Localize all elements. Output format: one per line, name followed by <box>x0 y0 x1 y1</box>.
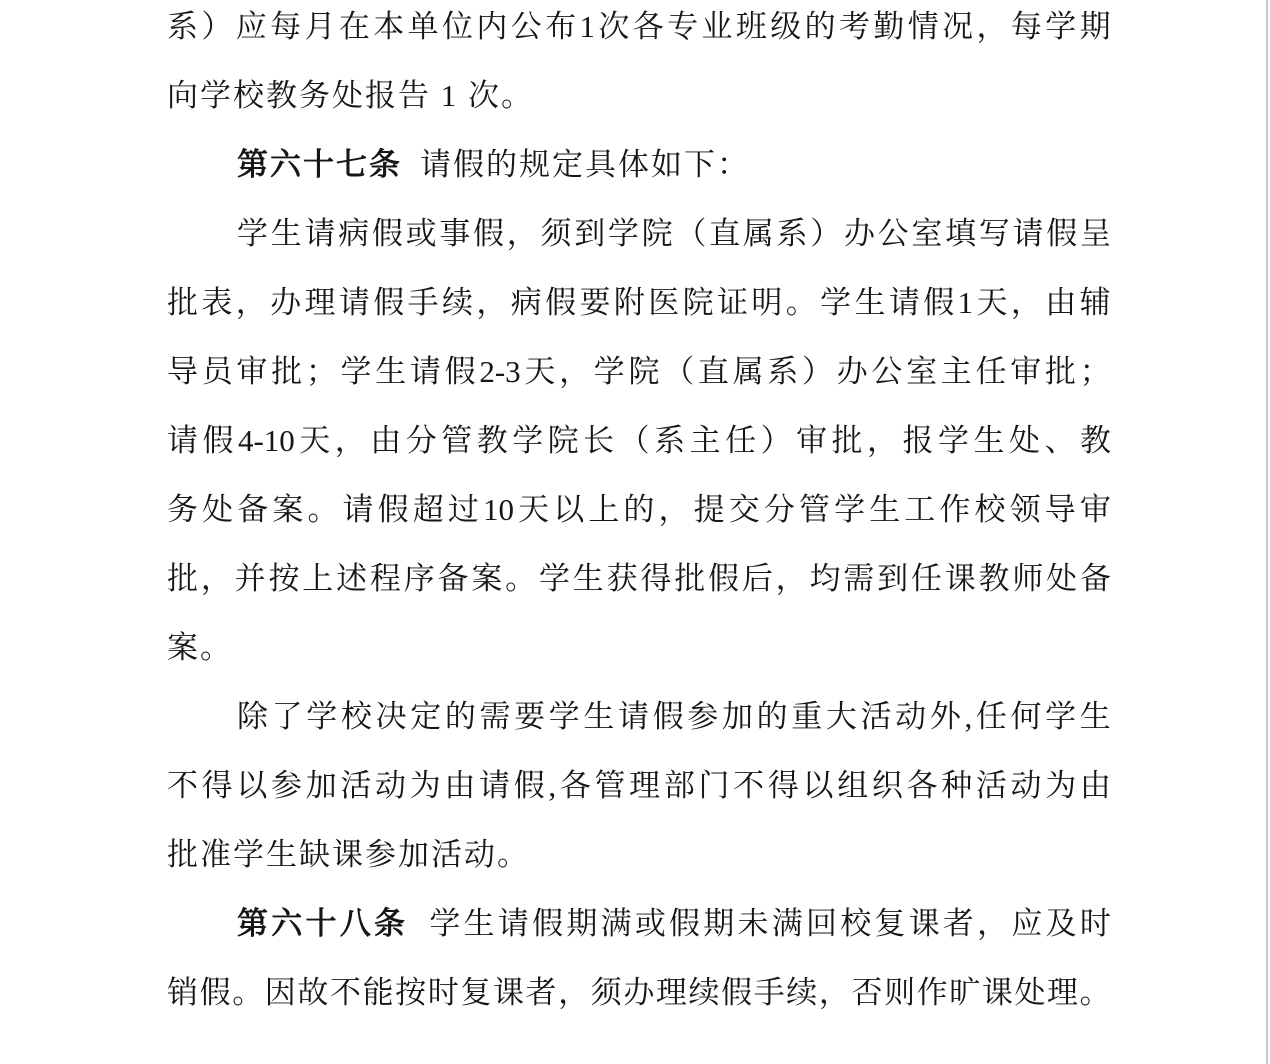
text-token: ， <box>236 268 267 337</box>
text-token: 内 <box>476 0 507 61</box>
text-token: 手 <box>408 268 439 337</box>
text-token: 批 <box>674 544 705 613</box>
scan-edge-artifact <box>1266 0 1268 1064</box>
text-token: 办 <box>844 199 875 268</box>
text-token: 管 <box>594 751 625 820</box>
text-token: 次 <box>598 0 629 61</box>
text-token: 事 <box>439 199 470 268</box>
text-token: 室 <box>911 199 942 268</box>
text-token: 满 <box>601 889 632 958</box>
text-token: 理 <box>1047 958 1078 1027</box>
text-token: 理 <box>656 958 687 1027</box>
text-token: 辅 <box>1080 268 1111 337</box>
text-token: 理 <box>305 268 336 337</box>
text-token: 不 <box>733 751 764 820</box>
text-token: 或 <box>406 199 437 268</box>
text-token: 学 <box>834 475 865 544</box>
text-token: 并 <box>235 544 266 613</box>
text-token: 学 <box>237 199 268 268</box>
text-token: 请 <box>343 475 374 544</box>
text-token: 校 <box>341 682 372 751</box>
article-number-label: 第六十七条 <box>237 147 402 182</box>
text-token: 活 <box>976 751 1007 820</box>
text-token: 假 <box>200 958 231 1027</box>
text-token: 须 <box>540 199 571 268</box>
text-token: 按 <box>268 544 299 613</box>
text-token: 何 <box>1010 682 1041 751</box>
text-token: 由 <box>444 751 475 820</box>
text-token: 由 <box>1045 268 1076 337</box>
text-token: 2-3 <box>479 337 520 406</box>
text-token: 属 <box>733 337 764 406</box>
text-token: 到 <box>877 544 908 613</box>
text-token: 要 <box>580 268 611 337</box>
text-token: ， <box>977 889 1008 958</box>
text-token: ， <box>977 0 1008 61</box>
text-token: 天 <box>524 337 555 406</box>
text-token: 教 <box>477 406 508 475</box>
text-token: 办 <box>837 337 868 406</box>
text-token: ， <box>335 406 366 475</box>
text-token: 须 <box>591 958 622 1027</box>
text-token: 故 <box>297 958 328 1027</box>
text-token: 外 <box>930 682 961 751</box>
text-token: 大 <box>826 682 857 751</box>
text-token: 公 <box>878 199 909 268</box>
text-token: 附 <box>614 268 645 337</box>
text-token: 由 <box>1080 751 1111 820</box>
text-token: 得 <box>768 751 799 820</box>
text-token: 写 <box>979 199 1010 268</box>
text-token: 办 <box>270 268 301 337</box>
text-token: 的 <box>757 682 788 751</box>
text-token: 管 <box>441 406 472 475</box>
text-token: 学 <box>608 199 639 268</box>
text-token: ， <box>819 958 850 1027</box>
text-token: 复 <box>874 889 905 958</box>
text-token: 应 <box>1011 889 1042 958</box>
text-token: 述 <box>336 544 367 613</box>
text-token: ， <box>507 199 538 268</box>
text-token: 假 <box>372 199 403 268</box>
text-token: 动 <box>375 751 406 820</box>
text-segment: 向学校教务处报告 1 次。 <box>167 78 534 113</box>
text-line: 批准学生缺课参加活动。 <box>167 820 1111 889</box>
text-token: 况 <box>942 0 973 61</box>
text-token: 院 <box>628 337 659 406</box>
text-token: 为 <box>410 751 441 820</box>
text-token: 假 <box>669 889 700 958</box>
text-token: 每 <box>270 0 301 61</box>
text-token: 学 <box>594 337 625 406</box>
text-token: 参 <box>687 682 718 751</box>
text-token: 得 <box>202 751 233 820</box>
text-token: 均 <box>809 544 840 613</box>
text-token: 任 <box>725 406 756 475</box>
text-token: ， <box>776 544 807 613</box>
text-token: 生 <box>583 682 614 751</box>
text-token: 满 <box>772 889 803 958</box>
text-token: 十 <box>305 889 336 958</box>
text-token: 生 <box>855 268 886 337</box>
text-token: 按 <box>395 958 426 1027</box>
text-token: 各 <box>560 751 591 820</box>
text-token: 教 <box>979 544 1010 613</box>
text-token: 不 <box>330 958 361 1027</box>
text-token: 批 <box>167 268 198 337</box>
text-token: 因 <box>265 958 296 1027</box>
text-token: 单 <box>408 0 439 61</box>
text-token: 要 <box>514 682 545 751</box>
text-token: 主 <box>690 406 721 475</box>
text-token: 生 <box>271 199 302 268</box>
text-token: 由 <box>370 406 401 475</box>
text-token: 处 <box>202 475 233 544</box>
text-token: 师 <box>1012 544 1043 613</box>
text-token: 导 <box>1045 475 1076 544</box>
text-token: 假 <box>653 682 684 751</box>
text-token: 部 <box>664 751 695 820</box>
text-token: 条 <box>374 889 405 958</box>
text-token: 过 <box>448 475 479 544</box>
text-token: 课 <box>945 544 976 613</box>
text-token: ） <box>810 199 841 268</box>
text-token: 请 <box>339 268 370 337</box>
text-token: 假 <box>708 544 739 613</box>
text-token: 办 <box>623 958 654 1027</box>
text-token: （ <box>675 199 706 268</box>
text-token: 本 <box>373 0 404 61</box>
text-token: 的 <box>623 475 654 544</box>
text-token: 时 <box>1080 889 1111 958</box>
text-line: 案。 <box>167 613 1111 682</box>
text-token: 审 <box>1080 475 1111 544</box>
text-token: 分 <box>764 475 795 544</box>
text-token: 作 <box>917 958 948 1027</box>
text-token: 。 <box>232 958 263 1027</box>
text-token: 生 <box>1080 682 1111 751</box>
text-token: 学 <box>306 682 337 751</box>
text-token: 批 <box>167 544 198 613</box>
text-token: 备 <box>1080 544 1111 613</box>
text-token: 明 <box>751 268 782 337</box>
text-token: 了 <box>272 682 303 751</box>
text-token: 加 <box>306 751 337 820</box>
text-token: , <box>548 751 556 820</box>
text-token: 请 <box>889 268 920 337</box>
text-token: 医 <box>648 268 679 337</box>
text-token: 学 <box>1045 0 1076 61</box>
text-token: 提 <box>694 475 725 544</box>
text-segment: 批准学生缺课参加活动。 <box>167 837 530 872</box>
text-token: 生 <box>973 406 1004 475</box>
text-token: 任 <box>911 544 942 613</box>
text-token: 1 <box>580 0 596 61</box>
text-line: 批，并按上述程序备案。学生获得批假后，均需到任课教师处备 <box>167 544 1111 613</box>
text-line: 向学校教务处报告 1 次。 <box>167 61 1111 130</box>
text-token: 定 <box>410 682 441 751</box>
text-token: 工 <box>904 475 935 544</box>
text-token: 备 <box>237 475 268 544</box>
text-token: 位 <box>442 0 473 61</box>
text-token: 布 <box>545 0 576 61</box>
text-token: 系 <box>767 337 798 406</box>
text-token: 学 <box>429 889 460 958</box>
text-token: 课 <box>909 889 940 958</box>
text-token: （ <box>663 337 694 406</box>
text-token: 假 <box>532 889 563 958</box>
text-token: 的 <box>445 682 476 751</box>
text-token: 、 <box>1044 406 1075 475</box>
text-token: 批 <box>271 337 302 406</box>
text-line: 第六十八条学生请假期满或假期未满回校复课者，应及时 <box>167 889 1111 958</box>
text-token: 旷 <box>949 958 980 1027</box>
text-token: 活 <box>861 682 892 751</box>
text-token: 需 <box>479 682 510 751</box>
text-token: 院 <box>548 406 579 475</box>
text-token: 织 <box>872 751 903 820</box>
text-token: 班 <box>736 0 767 61</box>
text-token: 天 <box>977 268 1008 337</box>
text-token: 动 <box>1011 751 1042 820</box>
text-token: 生 <box>375 337 406 406</box>
text-token: 销 <box>167 958 198 1027</box>
text-token: 后 <box>742 544 773 613</box>
text-token: 假 <box>514 751 545 820</box>
text-token: 处 <box>1014 958 1045 1027</box>
text-token: 主 <box>941 337 972 406</box>
text-token: 续 <box>442 268 473 337</box>
text-token: 勤 <box>873 0 904 61</box>
text-token: 交 <box>729 475 760 544</box>
text-token: 员 <box>202 337 233 406</box>
text-token: 病 <box>338 199 369 268</box>
text-token: 期 <box>703 889 734 958</box>
text-token: 10 <box>483 475 514 544</box>
text-token: 室 <box>906 337 937 406</box>
text-token: 学 <box>549 682 580 751</box>
text-token: 加 <box>722 682 753 751</box>
text-line: 除了学校决定的需要学生请假参加的重大活动外,任何学生 <box>167 682 1111 751</box>
text-token: ， <box>659 475 690 544</box>
text-token: 否 <box>851 958 882 1027</box>
text-token: 分 <box>406 406 437 475</box>
text-token: 获 <box>607 544 638 613</box>
text-token: 手 <box>754 958 785 1027</box>
text-token: ， <box>201 544 232 613</box>
text-token: 每 <box>1011 0 1042 61</box>
text-token: 作 <box>939 475 970 544</box>
text-token: 请 <box>304 199 335 268</box>
text-token: 公 <box>511 0 542 61</box>
text-token: 复 <box>460 958 491 1027</box>
text-token: 请 <box>479 751 510 820</box>
text-token: 参 <box>271 751 302 820</box>
text-line: 销假。因故不能按时复课者，须办理续假手续，否则作旷课处理。 <box>167 958 1111 1027</box>
text-token: 续 <box>786 958 817 1027</box>
text-token: 假 <box>721 958 752 1027</box>
text-token: 课 <box>493 958 524 1027</box>
text-token: 时 <box>428 958 459 1027</box>
text-token: 能 <box>363 958 394 1027</box>
text-token: 证 <box>717 268 748 337</box>
text-token: ； <box>306 337 337 406</box>
text-token: 病 <box>511 268 542 337</box>
text-token: 1 <box>958 268 974 337</box>
text-token: 审 <box>236 337 267 406</box>
text-line: 第六十七条请假的规定具体如下： <box>167 130 1111 199</box>
text-token: 公 <box>871 337 902 406</box>
text-token: 学 <box>539 544 570 613</box>
text-token: 案 <box>471 544 502 613</box>
text-token: 上 <box>588 475 619 544</box>
text-token: 的 <box>805 0 836 61</box>
text-token: 各 <box>633 0 664 61</box>
text-token: 需 <box>843 544 874 613</box>
text-token: ） <box>802 337 833 406</box>
text-token: 以 <box>553 475 584 544</box>
text-token: 院 <box>683 268 714 337</box>
text-token: ， <box>558 958 589 1027</box>
text-token: 为 <box>1045 751 1076 820</box>
text-token: 序 <box>404 544 435 613</box>
text-token: 回 <box>806 889 837 958</box>
text-line: 导员审批；学生请假2-3天，学院（直属系）办公室主任审批； <box>167 337 1111 406</box>
text-token: 超 <box>413 475 444 544</box>
text-token: 填 <box>945 199 976 268</box>
text-token: 系 <box>167 0 198 61</box>
text-token: 考 <box>839 0 870 61</box>
text-token: ， <box>476 268 507 337</box>
text-token: 批 <box>1045 337 1076 406</box>
text-segment: 案。 <box>167 630 233 665</box>
text-token: 系 <box>777 199 808 268</box>
text-token: 各 <box>907 751 938 820</box>
text-token: 续 <box>689 958 720 1027</box>
scanned-document-page: 系）应每月在本单位内公布1次各专业班级的考勤情况，每学期向学校教务处报告 1 次… <box>0 0 1270 1064</box>
text-token: 门 <box>699 751 730 820</box>
text-token: 者 <box>526 958 557 1027</box>
text-token: 院 <box>642 199 673 268</box>
text-line: 务处备案。请假超过10天以上的，提交分管学生工作校领导审 <box>167 475 1111 544</box>
text-token: ） <box>761 406 792 475</box>
text-token: 天 <box>299 406 330 475</box>
text-token: 或 <box>635 889 666 958</box>
text-token: 直 <box>698 337 729 406</box>
text-token: 假 <box>378 475 409 544</box>
text-token: 系 <box>654 406 685 475</box>
text-line: 系）应每月在本单位内公布1次各专业班级的考勤情况，每学期 <box>167 0 1111 61</box>
text-token: 4-10 <box>238 406 295 475</box>
text-token: 处 <box>1009 406 1040 475</box>
text-token: 假 <box>445 337 476 406</box>
text-token: 审 <box>1010 337 1041 406</box>
text-token: 八 <box>340 889 371 958</box>
text-token: 。 <box>1080 958 1111 1027</box>
text-token: 动 <box>895 682 926 751</box>
text-token: 假 <box>923 268 954 337</box>
text-token: 业 <box>702 0 733 61</box>
text-token: ， <box>559 337 590 406</box>
text-token: 六 <box>271 889 302 958</box>
text-token: 校 <box>975 475 1006 544</box>
text-token: ； <box>1080 337 1111 406</box>
text-token: 假 <box>1046 199 1077 268</box>
text-token: 不 <box>167 751 198 820</box>
text-token: 期 <box>566 889 597 958</box>
text-token: 备 <box>438 544 469 613</box>
text-segment: 请假的规定具体如下： <box>420 147 750 182</box>
text-token: 任 <box>976 682 1007 751</box>
text-token: 管 <box>799 475 830 544</box>
text-token: 学 <box>1045 682 1076 751</box>
text-token: 请 <box>498 889 529 958</box>
text-token: 呈 <box>1080 199 1111 268</box>
text-token: 审 <box>796 406 827 475</box>
text-token: 任 <box>976 337 1007 406</box>
text-token: 假 <box>473 199 504 268</box>
text-token: 。 <box>505 544 536 613</box>
text-token: 批 <box>832 406 863 475</box>
text-token: 天 <box>518 475 549 544</box>
text-token: 领 <box>1010 475 1041 544</box>
text-token: 教 <box>1080 406 1111 475</box>
text-token: 生 <box>573 544 604 613</box>
text-token: 表 <box>201 268 232 337</box>
text-token: 学 <box>512 406 543 475</box>
text-token: （ <box>619 406 650 475</box>
text-token: 学 <box>938 406 969 475</box>
text-token: 情 <box>908 0 939 61</box>
text-token: 课 <box>982 958 1013 1027</box>
text-token: 重 <box>791 682 822 751</box>
text-token: 假 <box>373 268 404 337</box>
text-token: 长 <box>583 406 614 475</box>
text-token: 生 <box>869 475 900 544</box>
text-token: 专 <box>667 0 698 61</box>
document-text-block: 系）应每月在本单位内公布1次各专业班级的考勤情况，每学期向学校教务处报告 1 次… <box>167 0 1111 1027</box>
text-line: 请假4-10天，由分管教学院长（系主任）审批，报学生处、教 <box>167 406 1111 475</box>
text-token: 除 <box>237 682 268 751</box>
text-token: 请 <box>167 406 198 475</box>
text-token: 组 <box>837 751 868 820</box>
text-line: 批表，办理请假手续，病假要附医院证明。学生请假1天，由辅 <box>167 268 1111 337</box>
text-token: ， <box>1011 268 1042 337</box>
text-token: ， <box>867 406 898 475</box>
text-token: 生 <box>464 889 495 958</box>
text-token: 活 <box>340 751 371 820</box>
text-token: 及 <box>1046 889 1077 958</box>
text-token: 。 <box>307 475 338 544</box>
text-token: 则 <box>884 958 915 1027</box>
text-token: 直 <box>709 199 740 268</box>
text-token: 请 <box>410 337 441 406</box>
text-token: ） <box>201 0 232 61</box>
text-token: 上 <box>302 544 333 613</box>
text-token: 级 <box>770 0 801 61</box>
text-token: 请 <box>618 682 649 751</box>
text-token: 。 <box>786 268 817 337</box>
text-token: 以 <box>236 751 267 820</box>
text-line: 学生请病假或事假，须到学院（直属系）办公室填写请假呈 <box>167 199 1111 268</box>
text-token: 假 <box>545 268 576 337</box>
text-token: 以 <box>803 751 834 820</box>
text-token: 期 <box>1080 0 1111 61</box>
text-token: 理 <box>629 751 660 820</box>
text-token: 应 <box>236 0 267 61</box>
text-token: 月 <box>305 0 336 61</box>
text-token: 学 <box>820 268 851 337</box>
